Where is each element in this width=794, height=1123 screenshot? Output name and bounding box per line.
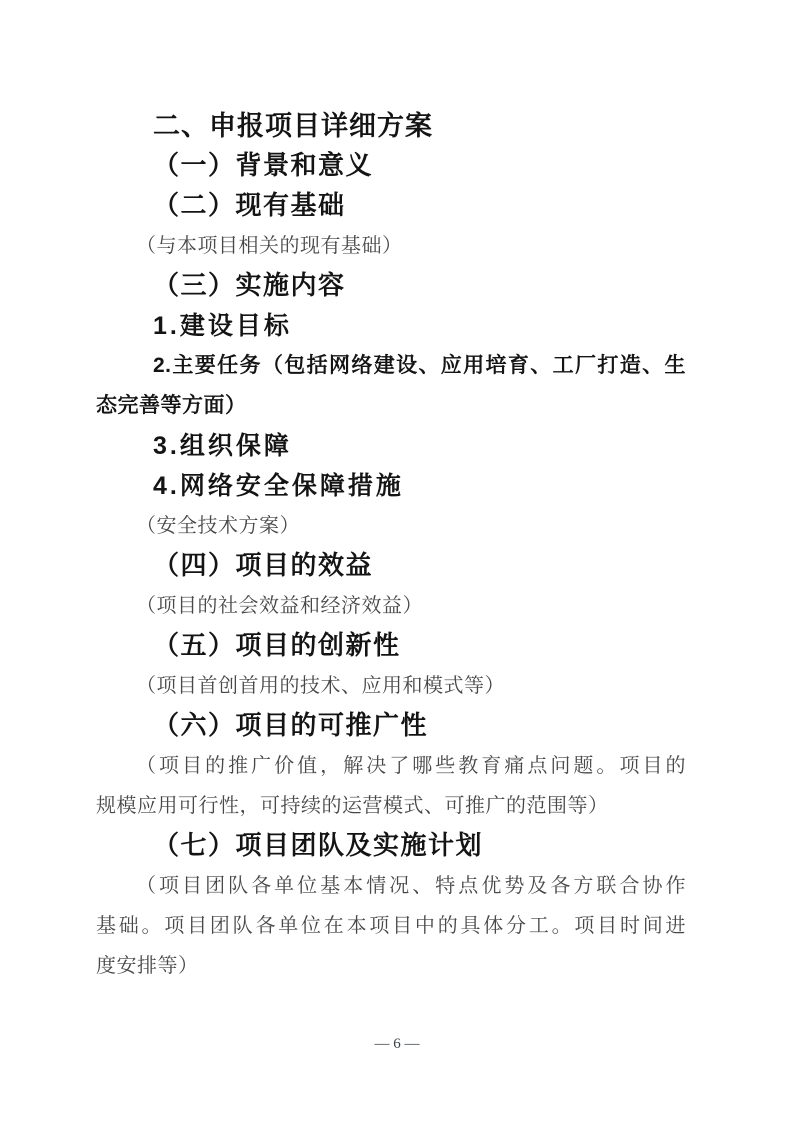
section-heading-line: （七）项目团队及实施计划: [96, 826, 686, 866]
section-heading-line: （一）背景和意义: [96, 146, 686, 186]
numbered-item-line: 4.网络安全保障措施: [96, 466, 686, 506]
note-text-line: （项目的社会效益和经济效益）: [96, 586, 686, 626]
note-text-line: （项目首创首用的技术、应用和模式等）: [96, 666, 686, 706]
section-heading-line: （三）实施内容: [96, 266, 686, 306]
note-text-line: （项目团队各单位基本情况、特点优势及各方联合协作: [96, 866, 686, 906]
note-text-continuation-line: 度安排等）: [96, 946, 686, 986]
main-heading-line: 二、申报项目详细方案: [96, 106, 686, 146]
note-text-continuation-line: 基础。项目团队各单位在本项目中的具体分工。项目时间进: [96, 906, 686, 946]
page-footer: — 6 —: [0, 1030, 794, 1058]
note-text-line: （项目的推广价值，解决了哪些教育痛点问题。项目的: [96, 746, 686, 786]
numbered-item-line: 1.建设目标: [96, 306, 686, 346]
numbered-item-line: 2.主要任务（包括网络建设、应用培育、工厂打造、生: [96, 346, 686, 386]
numbered-item-continuation-line: 态完善等方面）: [96, 386, 686, 426]
numbered-item-line: 3.组织保障: [96, 426, 686, 466]
section-heading-line: （二）现有基础: [96, 186, 686, 226]
section-heading-line: （六）项目的可推广性: [96, 706, 686, 746]
note-text-line: （与本项目相关的现有基础）: [96, 226, 686, 266]
section-heading-line: （五）项目的创新性: [96, 626, 686, 666]
note-text-line: （安全技术方案）: [96, 506, 686, 546]
section-heading-line: （四）项目的效益: [96, 546, 686, 586]
note-text-continuation-line: 规模应用可行性，可持续的运营模式、可推广的范围等）: [96, 786, 686, 826]
document-page: { "page": { "background_color": "#ffffff…: [0, 0, 794, 1123]
document-body: 二、申报项目详细方案（一）背景和意义（二）现有基础（与本项目相关的现有基础）（三…: [0, 106, 794, 986]
page-number: — 6 —: [375, 1036, 420, 1052]
